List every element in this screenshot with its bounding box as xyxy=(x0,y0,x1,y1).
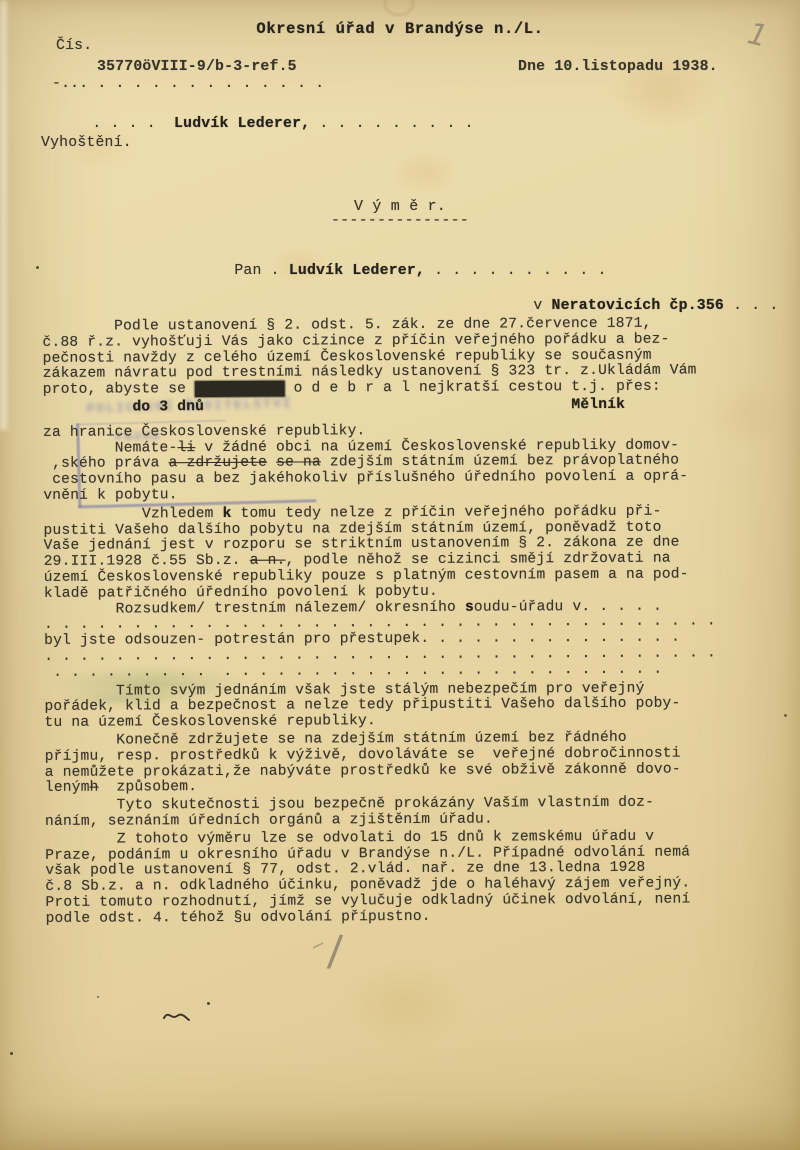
typewriter-line: lenýmh způsobem. xyxy=(45,777,765,797)
pencil-tick-mark xyxy=(312,940,326,950)
paper-stain xyxy=(390,150,460,195)
typewriter-body: Podle ustanovení § 2. odst. 5. zák. ze d… xyxy=(42,316,765,927)
addressee-name: Ludvík Lederer, xyxy=(174,116,310,132)
document-date: Dne 10.listopadu 1938. xyxy=(518,59,718,75)
typewriter-line: vnění k pobytu. xyxy=(43,485,763,505)
document-page: Okresní úřad v Brandýse n./L. 1 Čís. 357… xyxy=(0,0,800,1150)
reference-dotted-line: -... . . . . . . . . . . . . . xyxy=(52,76,324,92)
ink-speck xyxy=(207,1002,210,1005)
top-smudge xyxy=(384,0,414,16)
typewriter-line: . . . . . . . . . . . . . . . . . . . . … xyxy=(44,662,764,682)
file-number: 35770öVIII-9/b-3-ref.5 xyxy=(97,59,297,75)
subject-line: Vyhoštění. xyxy=(41,135,132,151)
typewriter-line: do 3 dnů Mělník xyxy=(43,397,763,417)
file-number-label: Čís. xyxy=(56,38,92,54)
address-name: Neratovicích čp.356 xyxy=(552,298,725,314)
office-title: Okresní úřad v Brandýse n./L. xyxy=(0,20,800,38)
ink-speck xyxy=(10,1052,13,1055)
typewriter-line: podle odst. 4. téhož §u odvolání přípust… xyxy=(46,908,766,928)
ink-squiggle-mark xyxy=(162,1008,192,1024)
typewriter-line: proto, abyste se o d e b r a l nejkratší… xyxy=(43,379,763,399)
typewriter-line: tu na území Československé republiky. xyxy=(44,712,764,732)
ink-speck xyxy=(36,266,39,269)
salutation-name: Ludvík Lederer, xyxy=(289,263,425,279)
typewriter-line: náním, seznáním úředních orgánů a zjiště… xyxy=(45,811,765,831)
ink-speck xyxy=(97,996,99,998)
paper-stain xyxy=(340,960,470,1050)
pencil-slash-mark: / xyxy=(326,926,344,976)
ink-speck xyxy=(784,714,787,717)
addressee-dots-left: . . . . xyxy=(92,116,174,132)
salutation-dots: . . . . . . . . . . xyxy=(425,263,607,279)
salutation-prefix: Pan . xyxy=(234,263,288,279)
scan-edge-shadow xyxy=(0,1105,800,1150)
address-dots: . . . xyxy=(724,298,778,314)
decree-title-underline: --------------- xyxy=(0,212,800,229)
address-prefix: v xyxy=(533,298,551,314)
addressee-dots-right: . . . . . . . . . xyxy=(310,116,473,132)
